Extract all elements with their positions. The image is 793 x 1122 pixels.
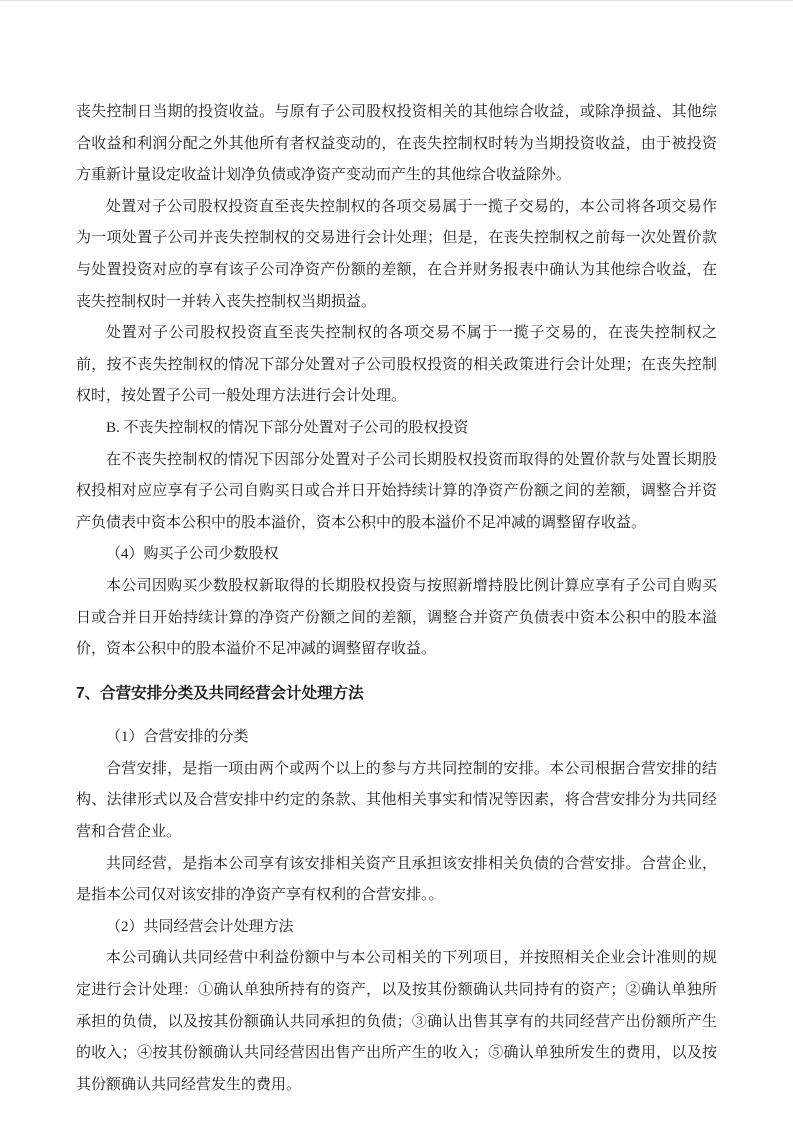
body-paragraph: 在不丧失控制权的情况下因部分处置对子公司长期股权投资而取得的处置价款与处置长期股… — [76, 445, 717, 540]
item-1-subheading: （1）合营安排的分类 — [76, 722, 717, 754]
body-paragraph: 合营安排，是指一项由两个或两个以上的参与方共同控制的安排。本公司根据合营安排的结… — [76, 754, 717, 849]
item-2-subheading: （2）共同经营会计处理方法 — [76, 912, 717, 944]
document-page: 丧失控制日当期的投资收益。与原有子公司股权投资相关的其他综合收益，或除净损益、其… — [0, 0, 793, 1122]
item-b-subheading: B. 不丧失控制权的情况下部分处置对子公司的股权投资 — [76, 413, 717, 445]
body-paragraph: 处置对子公司股权投资直至丧失控制权的各项交易不属于一揽子交易的，在丧失控制权之前… — [76, 318, 717, 413]
body-paragraph: 本公司确认共同经营中利益份额中与本公司相关的下列项目，并按照相关企业会计准则的规… — [76, 943, 717, 1101]
body-paragraph: 处置对子公司股权投资直至丧失控制权的各项交易属于一揽子交易的，本公司将各项交易作… — [76, 192, 717, 318]
body-paragraph-continuation: 丧失控制日当期的投资收益。与原有子公司股权投资相关的其他综合收益，或除净损益、其… — [76, 97, 717, 192]
item-4-subheading: （4）购买子公司少数股权 — [76, 539, 717, 571]
section-7-heading: 7、合营安排分类及共同经营会计处理方法 — [76, 678, 717, 710]
body-paragraph: 共同经营，是指本公司享有该安排相关资产且承担该安排相关负债的合营安排。合营企业，… — [76, 849, 717, 912]
body-paragraph: 本公司因购买少数股权新取得的长期股权投资与按照新增持股比例计算应享有子公司自购买… — [76, 571, 717, 666]
